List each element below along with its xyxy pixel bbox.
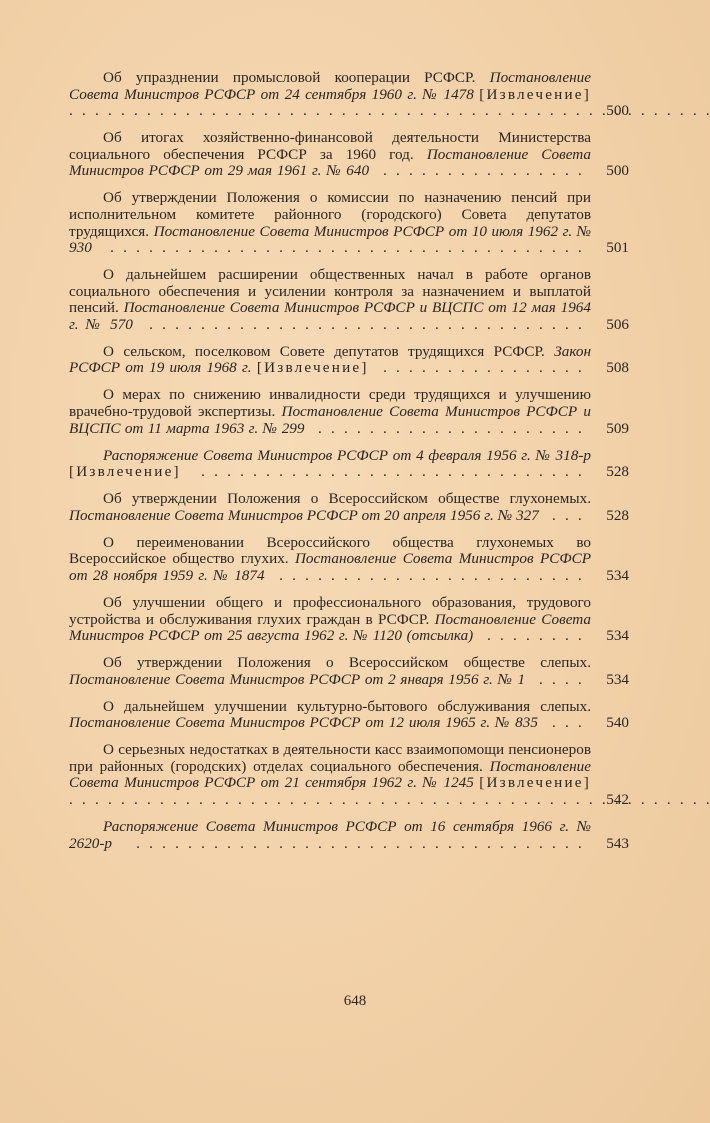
entry-text: Об утверждении Положения о комиссии по н… [69,190,591,256]
document-page: Об упразднении промысловой кооперации РС… [0,0,710,1123]
entry-page-number: 509 [597,421,629,438]
entry-text: Распоряжение Совета Министров РСФСР от 4… [69,448,591,481]
entry-text: О дальнейшем улучшении культурно-бытовог… [69,699,591,732]
entry-note: [Извлечение] [479,86,591,103]
entry-page-number: 506 [597,317,629,334]
entry-page-number: 501 [597,240,629,257]
dot-leader: .................................. [133,316,591,333]
entry-source: Распоряжение Совета Министров РСФСР от 4… [103,447,591,464]
entry-text: Об итогах хозяйственно-финансовой деятел… [69,130,591,180]
entry-source: Постановление Совета Министров РСФСР от … [69,714,538,731]
entry-note: [Извлечение] [257,359,369,376]
entry-text: О мерах по снижению инвалидности среди т… [69,387,591,437]
entry-page-number: 528 [597,464,629,481]
entry-page-number: 540 [597,715,629,732]
entry-text: Распоряжение Совета Министров РСФСР от 1… [69,819,591,852]
dot-leader: ........ [473,627,591,644]
entry-text: О сельском, поселковом Совете депутатов … [69,344,591,377]
entry-text: Об утверждении Положения о Всероссийском… [69,491,591,524]
toc-entry: О переименовании Всероссийского общества… [69,535,629,585]
dot-leader: ................ [369,359,591,376]
entry-text: О серьезных недостатках в деятельности к… [69,742,591,808]
dot-leader: .... [525,671,591,688]
entry-text: Об упразднении промысловой кооперации РС… [69,70,591,120]
dot-leader: .............................. [181,463,591,480]
toc-entry: Об итогах хозяйственно-финансовой деятел… [69,130,629,180]
table-of-contents: Об упразднении промысловой кооперации РС… [69,70,629,863]
dot-leader: ... [538,714,591,731]
entry-text: Об утверждении Положения о Всероссийском… [69,655,591,688]
entry-title: О дальнейшем улучшении культурно-бытовог… [103,698,591,715]
page-number: 648 [0,993,710,1010]
toc-entry: О сельском, поселковом Совете депутатов … [69,344,629,377]
entry-source: Постановление Совета Министров РСФСР от … [69,507,539,524]
dot-leader: ..................... [305,420,591,437]
toc-entry: О дальнейшем улучшении культурно-бытовог… [69,699,629,732]
entry-page-number: 543 [597,836,629,853]
toc-entry: Распоряжение Совета Министров РСФСР от 4… [69,448,629,481]
entry-page-number: 534 [597,628,629,645]
entry-title: Об утверждении Положения о Всероссийском… [103,490,591,507]
toc-entry: Об упразднении промысловой кооперации РС… [69,70,629,120]
toc-entry: О мерах по снижению инвалидности среди т… [69,387,629,437]
entry-text: Об улучшении общего и профессионального … [69,595,591,645]
dot-leader: ................................... [112,835,591,852]
dot-leader: ..................................... [92,239,591,256]
toc-entry: Распоряжение Совета Министров РСФСР от 1… [69,819,629,852]
toc-entry: Об утверждении Положения о комиссии по н… [69,190,629,256]
dot-leader: ... [539,507,591,524]
toc-entry: Об улучшении общего и профессионального … [69,595,629,645]
dot-leader: ................ [369,162,591,179]
entry-page-number: 534 [597,568,629,585]
entry-page-number: 500 [597,103,629,120]
entry-page-number: 508 [597,360,629,377]
toc-entry: Об утверждении Положения о Всероссийском… [69,491,629,524]
entry-source: Постановление Совета Министров РСФСР от … [69,671,525,688]
toc-entry: Об утверждении Положения о Всероссийском… [69,655,629,688]
entry-note: [Извлечение] [479,774,591,791]
entry-title: О сельском, поселковом Совете депутатов … [103,343,554,360]
entry-text: О дальнейшем расширении общественных нач… [69,267,591,333]
entry-title: Об упразднении промысловой кооперации РС… [103,69,490,86]
entry-page-number: 528 [597,508,629,525]
entry-text: О переименовании Всероссийского общества… [69,535,591,585]
toc-entry: О серьезных недостатках в деятельности к… [69,742,629,808]
entry-title: Об утверждении Положения о Всероссийском… [103,654,591,671]
toc-entry: О дальнейшем расширении общественных нач… [69,267,629,333]
dot-leader: ........................ [265,567,591,584]
entry-page-number: 534 [597,672,629,689]
entry-note: [Извлечение] [69,463,181,480]
entry-page-number: 500 [597,163,629,180]
entry-page-number: 542 [597,792,629,809]
